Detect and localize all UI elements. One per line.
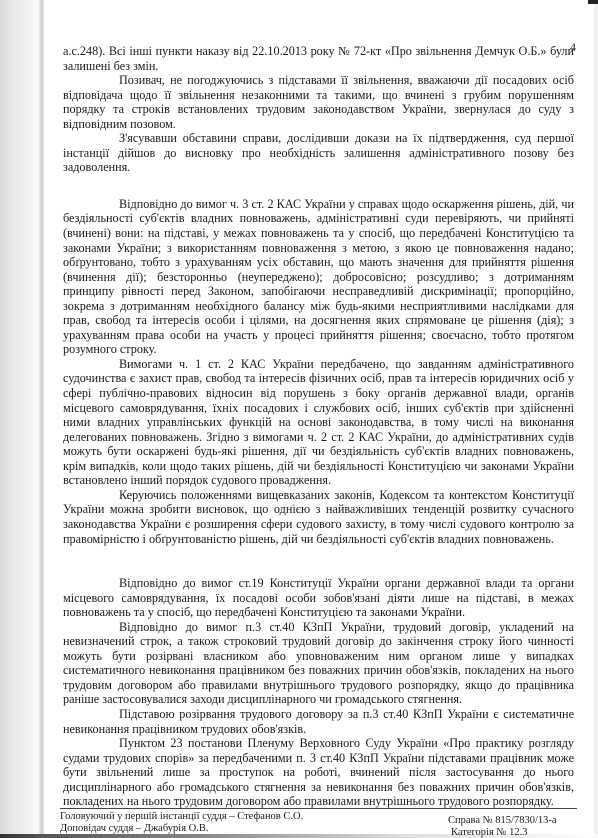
paragraph-conclusion-judicial-protection: Керуючись положеннями вищевказаних закон…	[63, 488, 574, 546]
presiding-judge: Головуючий у першій інстанції суддя – Ст…	[60, 811, 303, 823]
footer-judges: Головуючий у першій інстанції суддя – Ст…	[60, 811, 303, 835]
paragraph-continuation: а.с.248). Всі інші пункти наказу від 22.…	[63, 44, 574, 73]
paragraph-plenum-resolution: Пунктом 23 постанови Пленуму Верховного …	[63, 736, 574, 809]
paragraph-constitution-art19: Відповідно до вимог ст.19 Конституції Ук…	[63, 576, 574, 620]
paragraph-labor-code-art40: Відповідно до вимог п.3 ст.40 КЗпП Украї…	[63, 620, 574, 707]
paragraph-gap	[63, 546, 574, 576]
footer-case-info: Справа № 815/7830/13-а Категорія № 12.3	[448, 815, 557, 838]
case-category: Категорія № 12.3	[448, 827, 557, 838]
case-number: Справа № 815/7830/13-а	[448, 815, 557, 827]
scan-right-edge	[594, 4, 598, 838]
paragraph-plaintiff-claim: Позивач, не погоджуючись з підставами її…	[63, 73, 574, 131]
document-body: а.с.248). Всі інші пункти наказу від 22.…	[63, 44, 574, 809]
scan-binding-shadow	[0, 0, 44, 838]
paragraph-kas-art2-part1: Вимогами ч. 1 ст. 2 КАС України передбач…	[63, 357, 574, 488]
paragraph-grounds-termination: Підставою розірвання трудового договору …	[63, 707, 574, 736]
paragraph-first-instance-conclusion: З'ясувавши обставини справи, дослідивши …	[63, 131, 574, 175]
paragraph-gap	[63, 175, 574, 197]
footer-divider	[60, 808, 577, 809]
paragraph-kas-art2-part3: Відповідно до вимог ч. 3 ст. 2 КАС Украї…	[63, 197, 574, 357]
reporting-judge: Доповідач суддя – Джабурія О.В.	[60, 823, 303, 835]
